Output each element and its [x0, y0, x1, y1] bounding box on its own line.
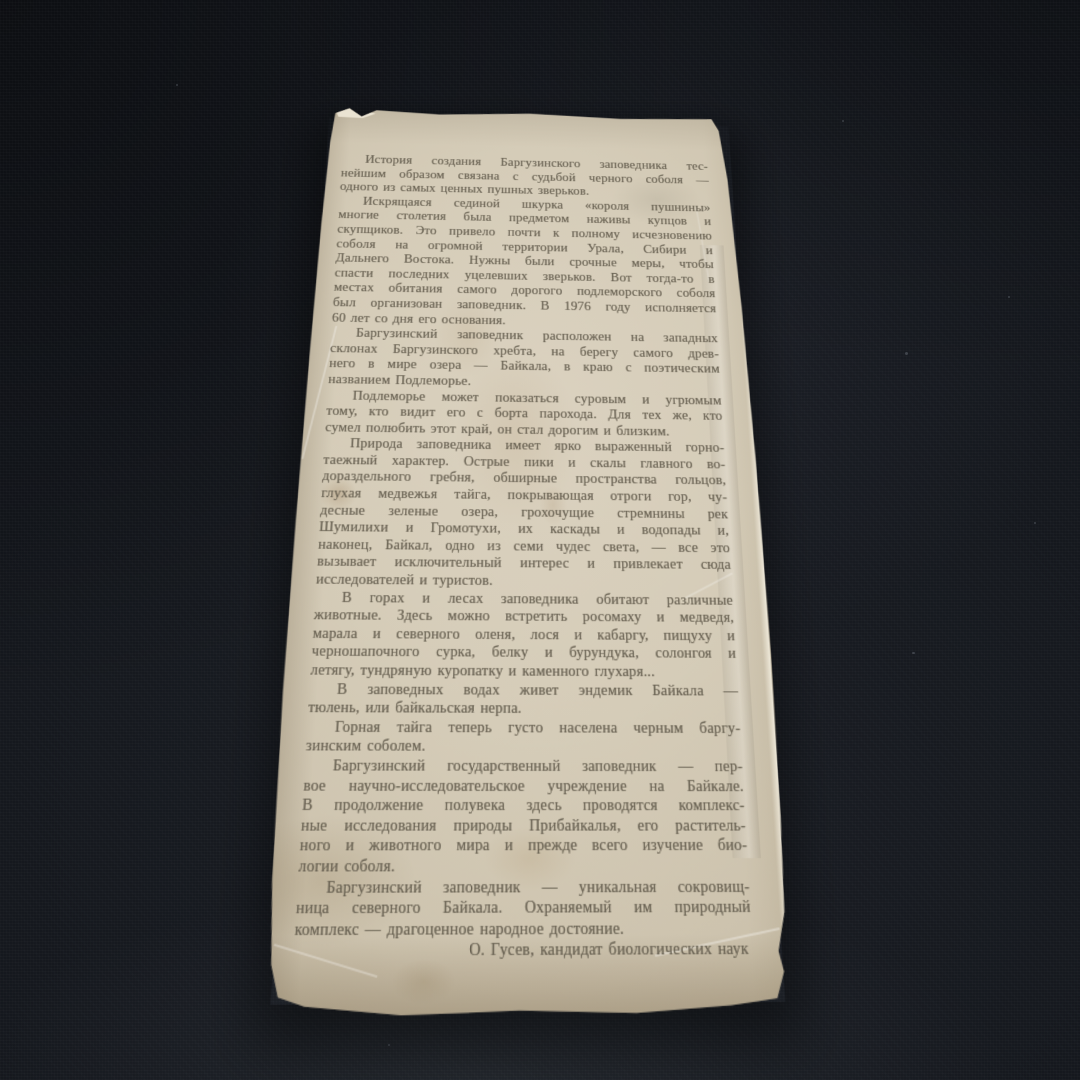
text-line: ные исследования природы Прибайкалья, ег…: [300, 817, 746, 837]
text-line: ница северного Байкала. Охраняемый им пр…: [295, 898, 751, 920]
paper-page: История создания Баргузинского заповедни…: [260, 107, 795, 1018]
text-line: В заповедных водах живет эндемик Байкала…: [309, 681, 739, 702]
author-credit: О. Гусев, кандидат биологических наук: [293, 940, 754, 963]
text-line: летягу, тундряную куропатку и каменного …: [310, 662, 738, 683]
torn-corner-chip: [336, 107, 376, 118]
booklet-back-cover: История создания Баргузинского заповедни…: [260, 107, 795, 1018]
text-line: ного и животного мира и прежде всего изу…: [299, 837, 748, 858]
text-line: логии соболя.: [298, 857, 749, 878]
printed-text-column: История создания Баргузинского заповедни…: [293, 153, 754, 963]
lint-speck: [1034, 522, 1036, 524]
text-line: животные. Здесь можно встретить росомаху…: [313, 607, 734, 628]
text-line: Горная тайга теперь густо населена черны…: [306, 718, 741, 738]
text-line: Баргузинский заповедник — уникальная сок…: [297, 877, 751, 899]
body-paragraphs: История создания Баргузинского заповедни…: [294, 153, 753, 942]
lint-speck: [842, 120, 844, 122]
text-line: тюлень, или байкальская нерпа.: [308, 699, 740, 719]
text-line: вое научно-исследовательское учреждение …: [303, 777, 744, 797]
lint-speck: [1008, 296, 1010, 298]
text-line: комплекс — драгоценное народное достояни…: [294, 919, 753, 942]
text-line: В продолжение полувека здесь проводятся …: [302, 796, 746, 816]
text-line: Баргузинский государственный заповедник …: [304, 757, 743, 777]
lint-speck: [388, 1044, 390, 1046]
lint-speck: [905, 352, 908, 355]
lint-speck: [912, 652, 915, 654]
text-line: марала и северного оленя, лося и кабаргу…: [312, 625, 735, 646]
text-line: зинским соболем.: [305, 738, 742, 758]
lint-speck: [176, 84, 178, 86]
text-line: черношапочного сурка, белку и бурундука,…: [311, 643, 737, 664]
